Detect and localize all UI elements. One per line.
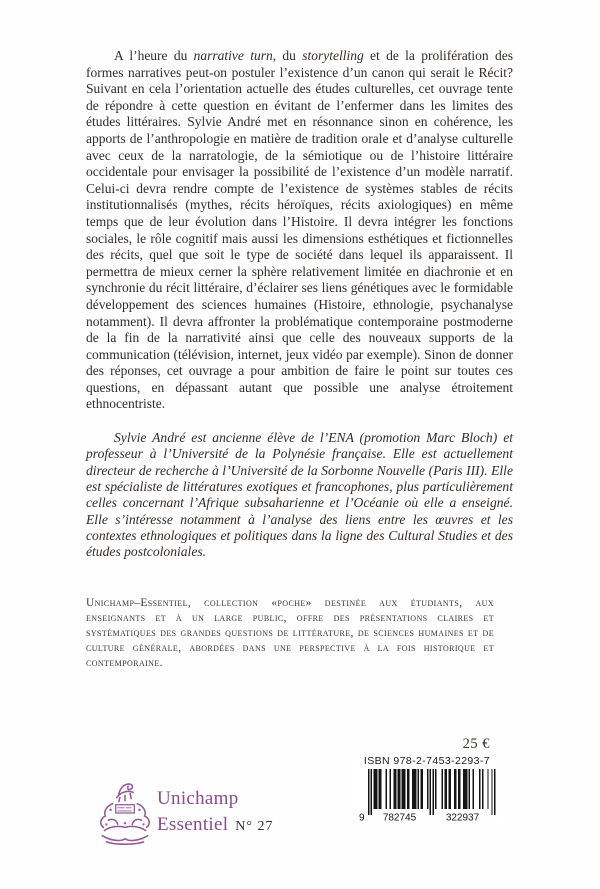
imprint-text: Unichamp EssentielN° 27	[157, 786, 274, 839]
blurb-paragraph: A l’heure du narrative turn, du storytel…	[86, 48, 513, 413]
imprint-issue-number: N° 27	[235, 819, 273, 834]
svg-text:9: 9	[359, 813, 365, 823]
imprint-name-line2: EssentielN° 27	[157, 812, 274, 839]
svg-text:782745: 782745	[382, 813, 416, 823]
isbn-label: ISBN 978-2-7453-2293-7	[352, 755, 502, 767]
imprint-name-line1: Unichamp	[157, 786, 274, 812]
author-bio-paragraph: Sylvie André est ancienne élève de l’ENA…	[86, 430, 513, 560]
ean13-barcode: 9782745322937	[358, 769, 497, 822]
blurb-mid: , du	[273, 48, 303, 63]
isbn-barcode-block: ISBN 978-2-7453-2293-7 9782745322937	[352, 755, 502, 822]
blurb-lead: A l’heure du	[114, 48, 194, 63]
price: 25 €	[463, 736, 490, 753]
blurb-italic-narrative-turn: narrative turn	[194, 48, 273, 63]
book-back-cover: A l’heure du narrative turn, du storytel…	[0, 0, 600, 889]
svg-text:322937: 322937	[445, 813, 479, 823]
blurb-rest: et de la prolifération des formes narrat…	[86, 48, 513, 411]
collection-description-paragraph: Unichamp–Essentiel, collection «poche» d…	[86, 596, 494, 671]
back-cover-text-column: A l’heure du narrative turn, du storytel…	[86, 48, 513, 671]
champion-horse-emblem-icon	[96, 779, 154, 847]
imprint-essentiel-label: Essentiel	[157, 814, 228, 835]
imprint-unichamp-label: Unichamp	[157, 788, 239, 809]
blurb-italic-storytelling: storytelling	[302, 48, 364, 63]
